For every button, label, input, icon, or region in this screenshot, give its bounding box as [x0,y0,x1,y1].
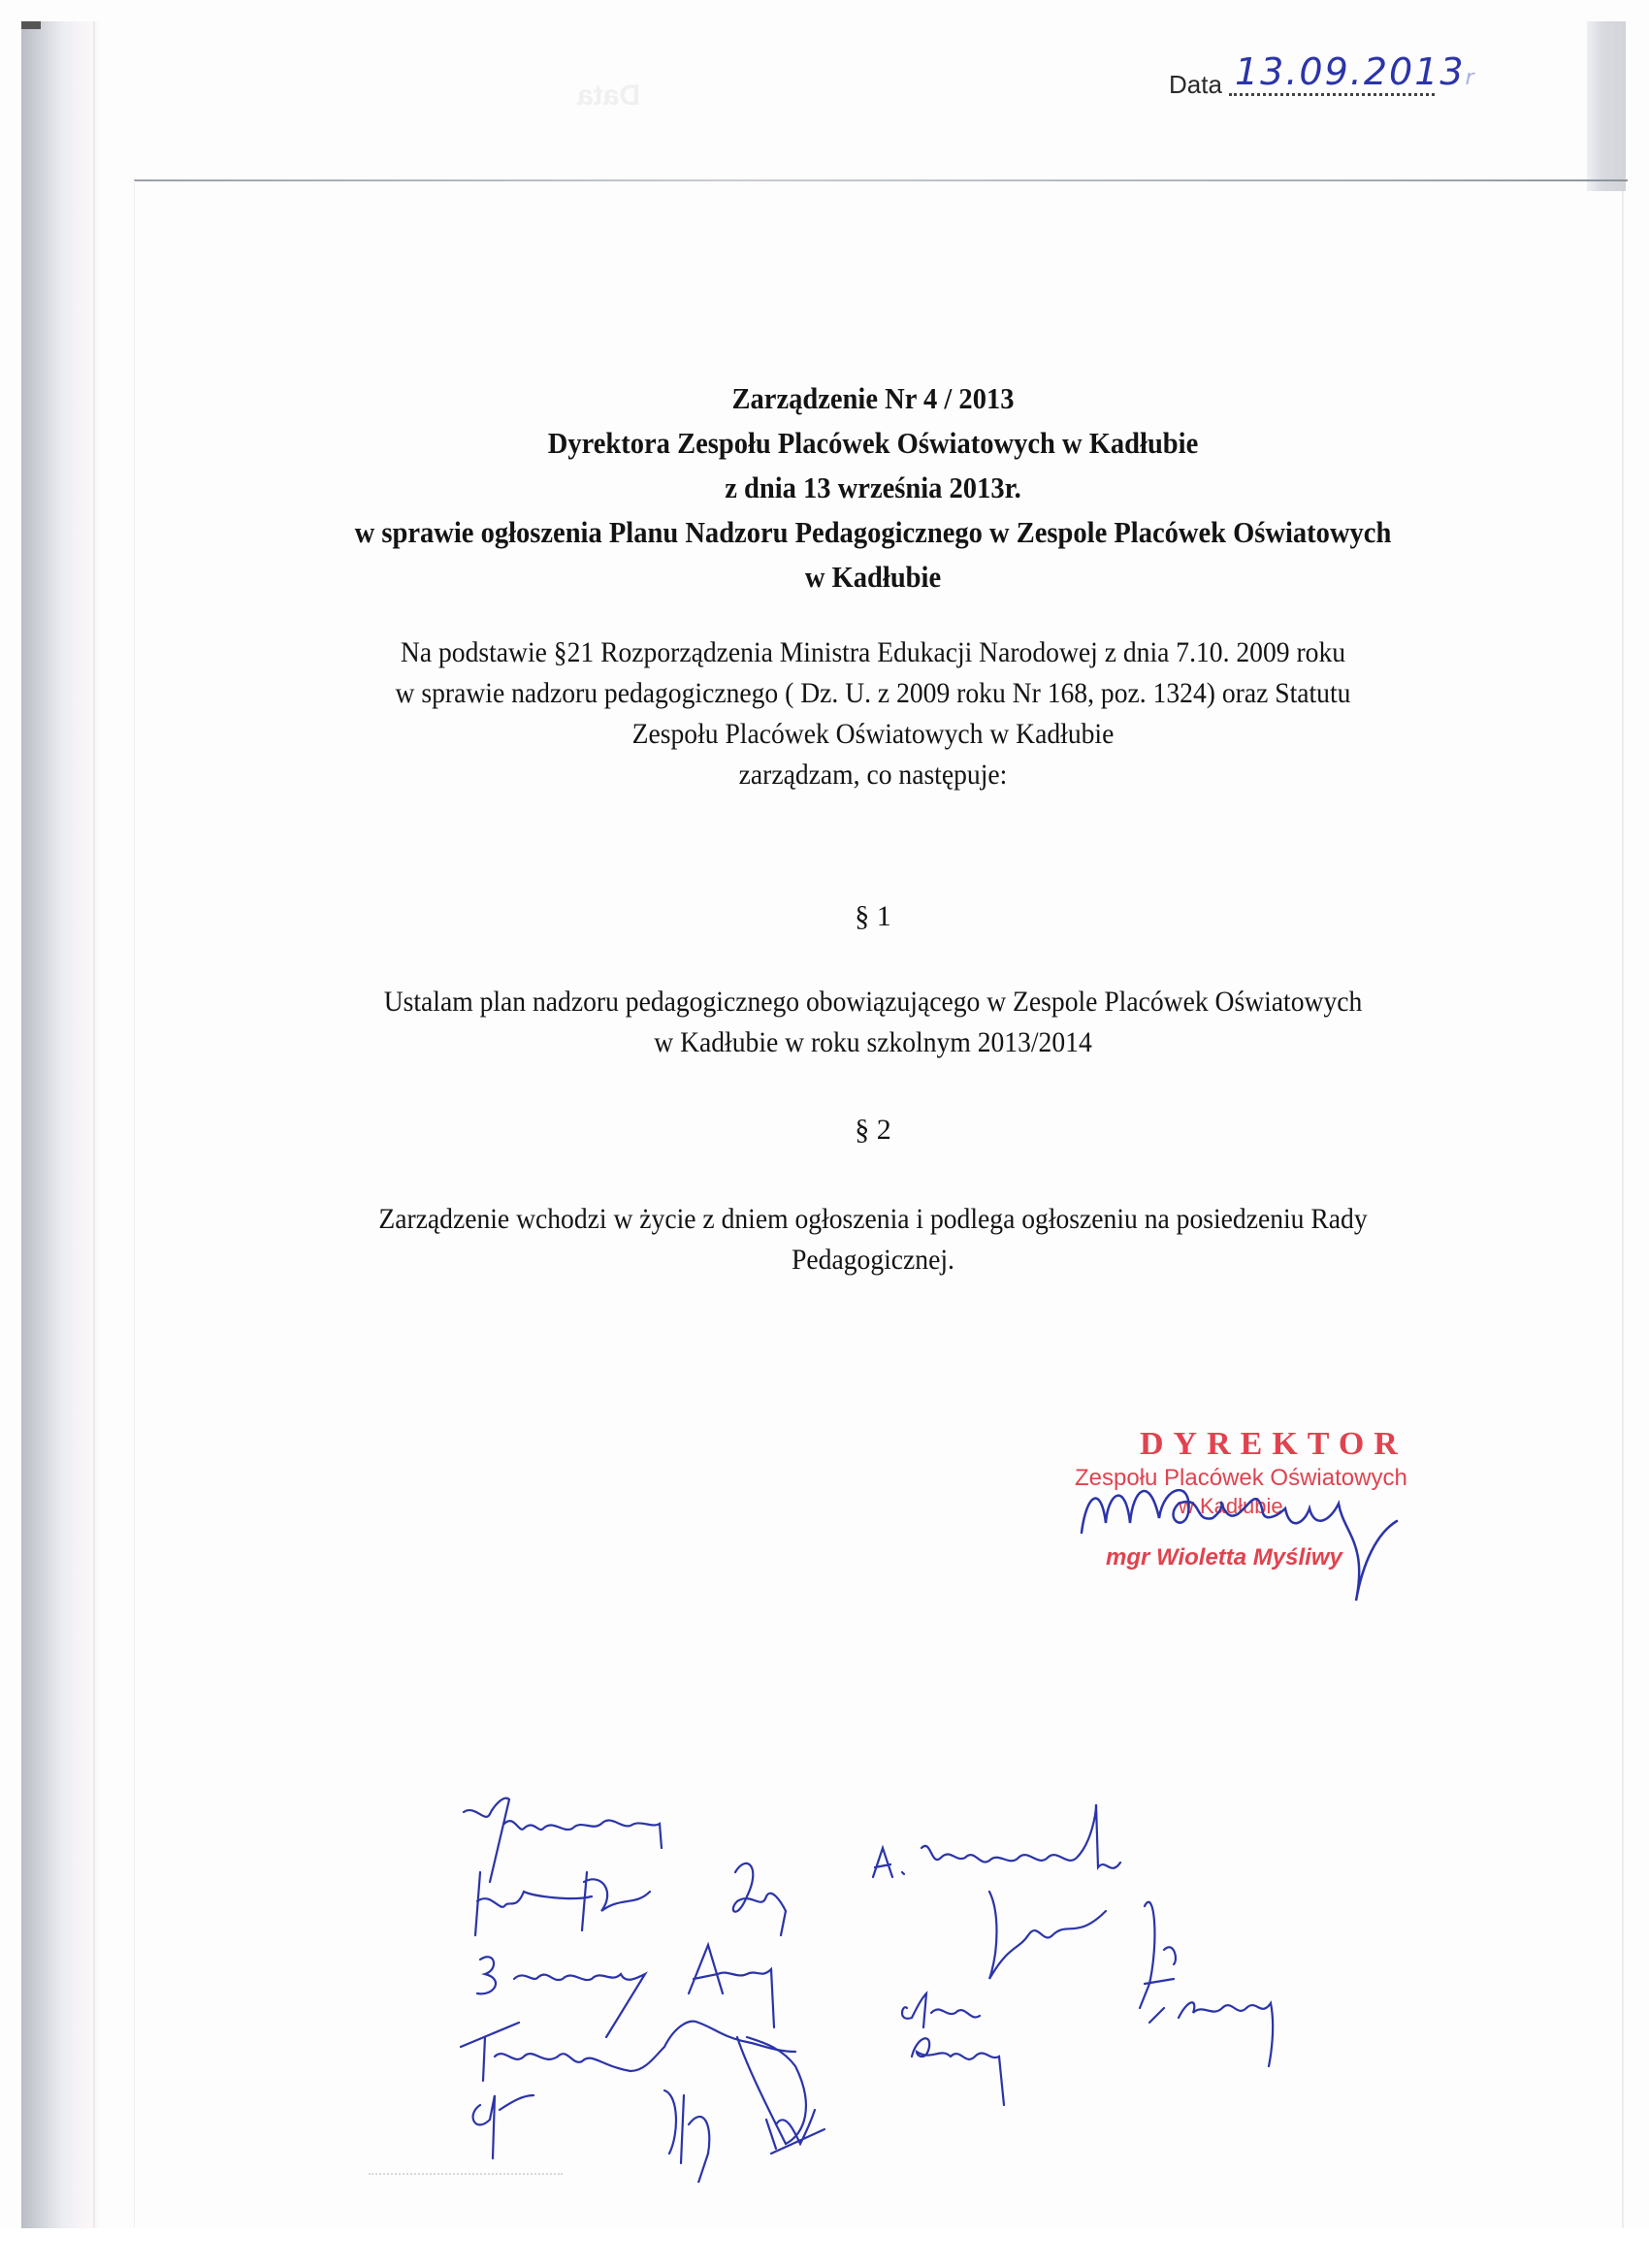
heading-subject-cont: w Kadłubie [248,555,1498,599]
director-signature [1048,1426,1455,1620]
section-2-text: Zarządzenie wchodzi w życie z dniem ogło… [194,1199,1552,1280]
heading-issuer: Dyrektora Zespołu Placówek Oświatowych w… [248,421,1498,466]
section-line: Pedagogicznej. [248,1240,1498,1280]
signature-1 [464,1798,662,1882]
heading-date: z dnia 13 września 2013r. [248,466,1498,510]
date-handwritten-value: 13.09.2013r [1235,50,1476,93]
signature-11 [873,1804,1120,1877]
signature-9 [664,2090,709,2183]
preamble-line: Na podstawie §21 Rozporządzenia Ministra… [248,632,1498,673]
date-label: Data [1169,70,1222,100]
scan-edge-right [1587,21,1626,191]
signature-7 [737,2037,806,2144]
document-heading: Zarządzenie Nr 4 / 2013 Dyrektora Zespoł… [194,376,1552,599]
signature-4 [477,1957,645,2037]
date-dotted-line [1229,93,1435,96]
signature-10 [766,2110,824,2154]
heading-title: Zarządzenie Nr 4 / 2013 [248,376,1498,421]
preamble-line: w sprawie nadzoru pedagogicznego ( Dz. U… [248,673,1498,714]
page-overlap-edge-left [134,180,135,2227]
section-line: Ustalam plan nadzoru pedagogicznego obow… [248,982,1498,1022]
section-line: Zarządzenie wchodzi w życie z dniem ogło… [248,1199,1498,1240]
scan-edge-left [21,21,99,2228]
section-1-text: Ustalam plan nadzoru pedagogicznego obow… [194,982,1552,1063]
legal-basis: Na podstawie §21 Rozporządzenia Ministra… [194,632,1552,795]
scan-edge-line-right [1622,191,1624,2228]
bleed-through-text: Data [577,80,640,113]
signature-6 [461,2022,795,2081]
signature-5 [689,1945,774,2027]
signature-13 [902,1993,1004,2105]
page-overlap-edge [134,179,1628,181]
signature-14 [1140,1902,1273,2066]
section-line: w Kadłubie w roku szkolnym 2013/2014 [248,1022,1498,1063]
signature-2 [475,1872,650,1935]
preamble-line: Zespołu Placówek Oświatowych w Kadłubie [248,714,1498,755]
preamble-line: zarządzam, co następuje: [248,755,1498,795]
scan-edge-line [93,21,95,2228]
signature-3 [733,1863,786,1935]
signature-8 [473,2095,533,2158]
staff-signatures [427,1775,1397,2183]
section-2-mark: § 2 [679,1114,1067,1147]
heading-subject: w sprawie ogłoszenia Planu Nadzoru Pedag… [248,510,1498,555]
signature-12 [989,1892,1106,1979]
scan-bottom-margin [0,2228,1649,2268]
section-1-mark: § 1 [679,900,1067,933]
scan-edge-mark [21,21,41,29]
